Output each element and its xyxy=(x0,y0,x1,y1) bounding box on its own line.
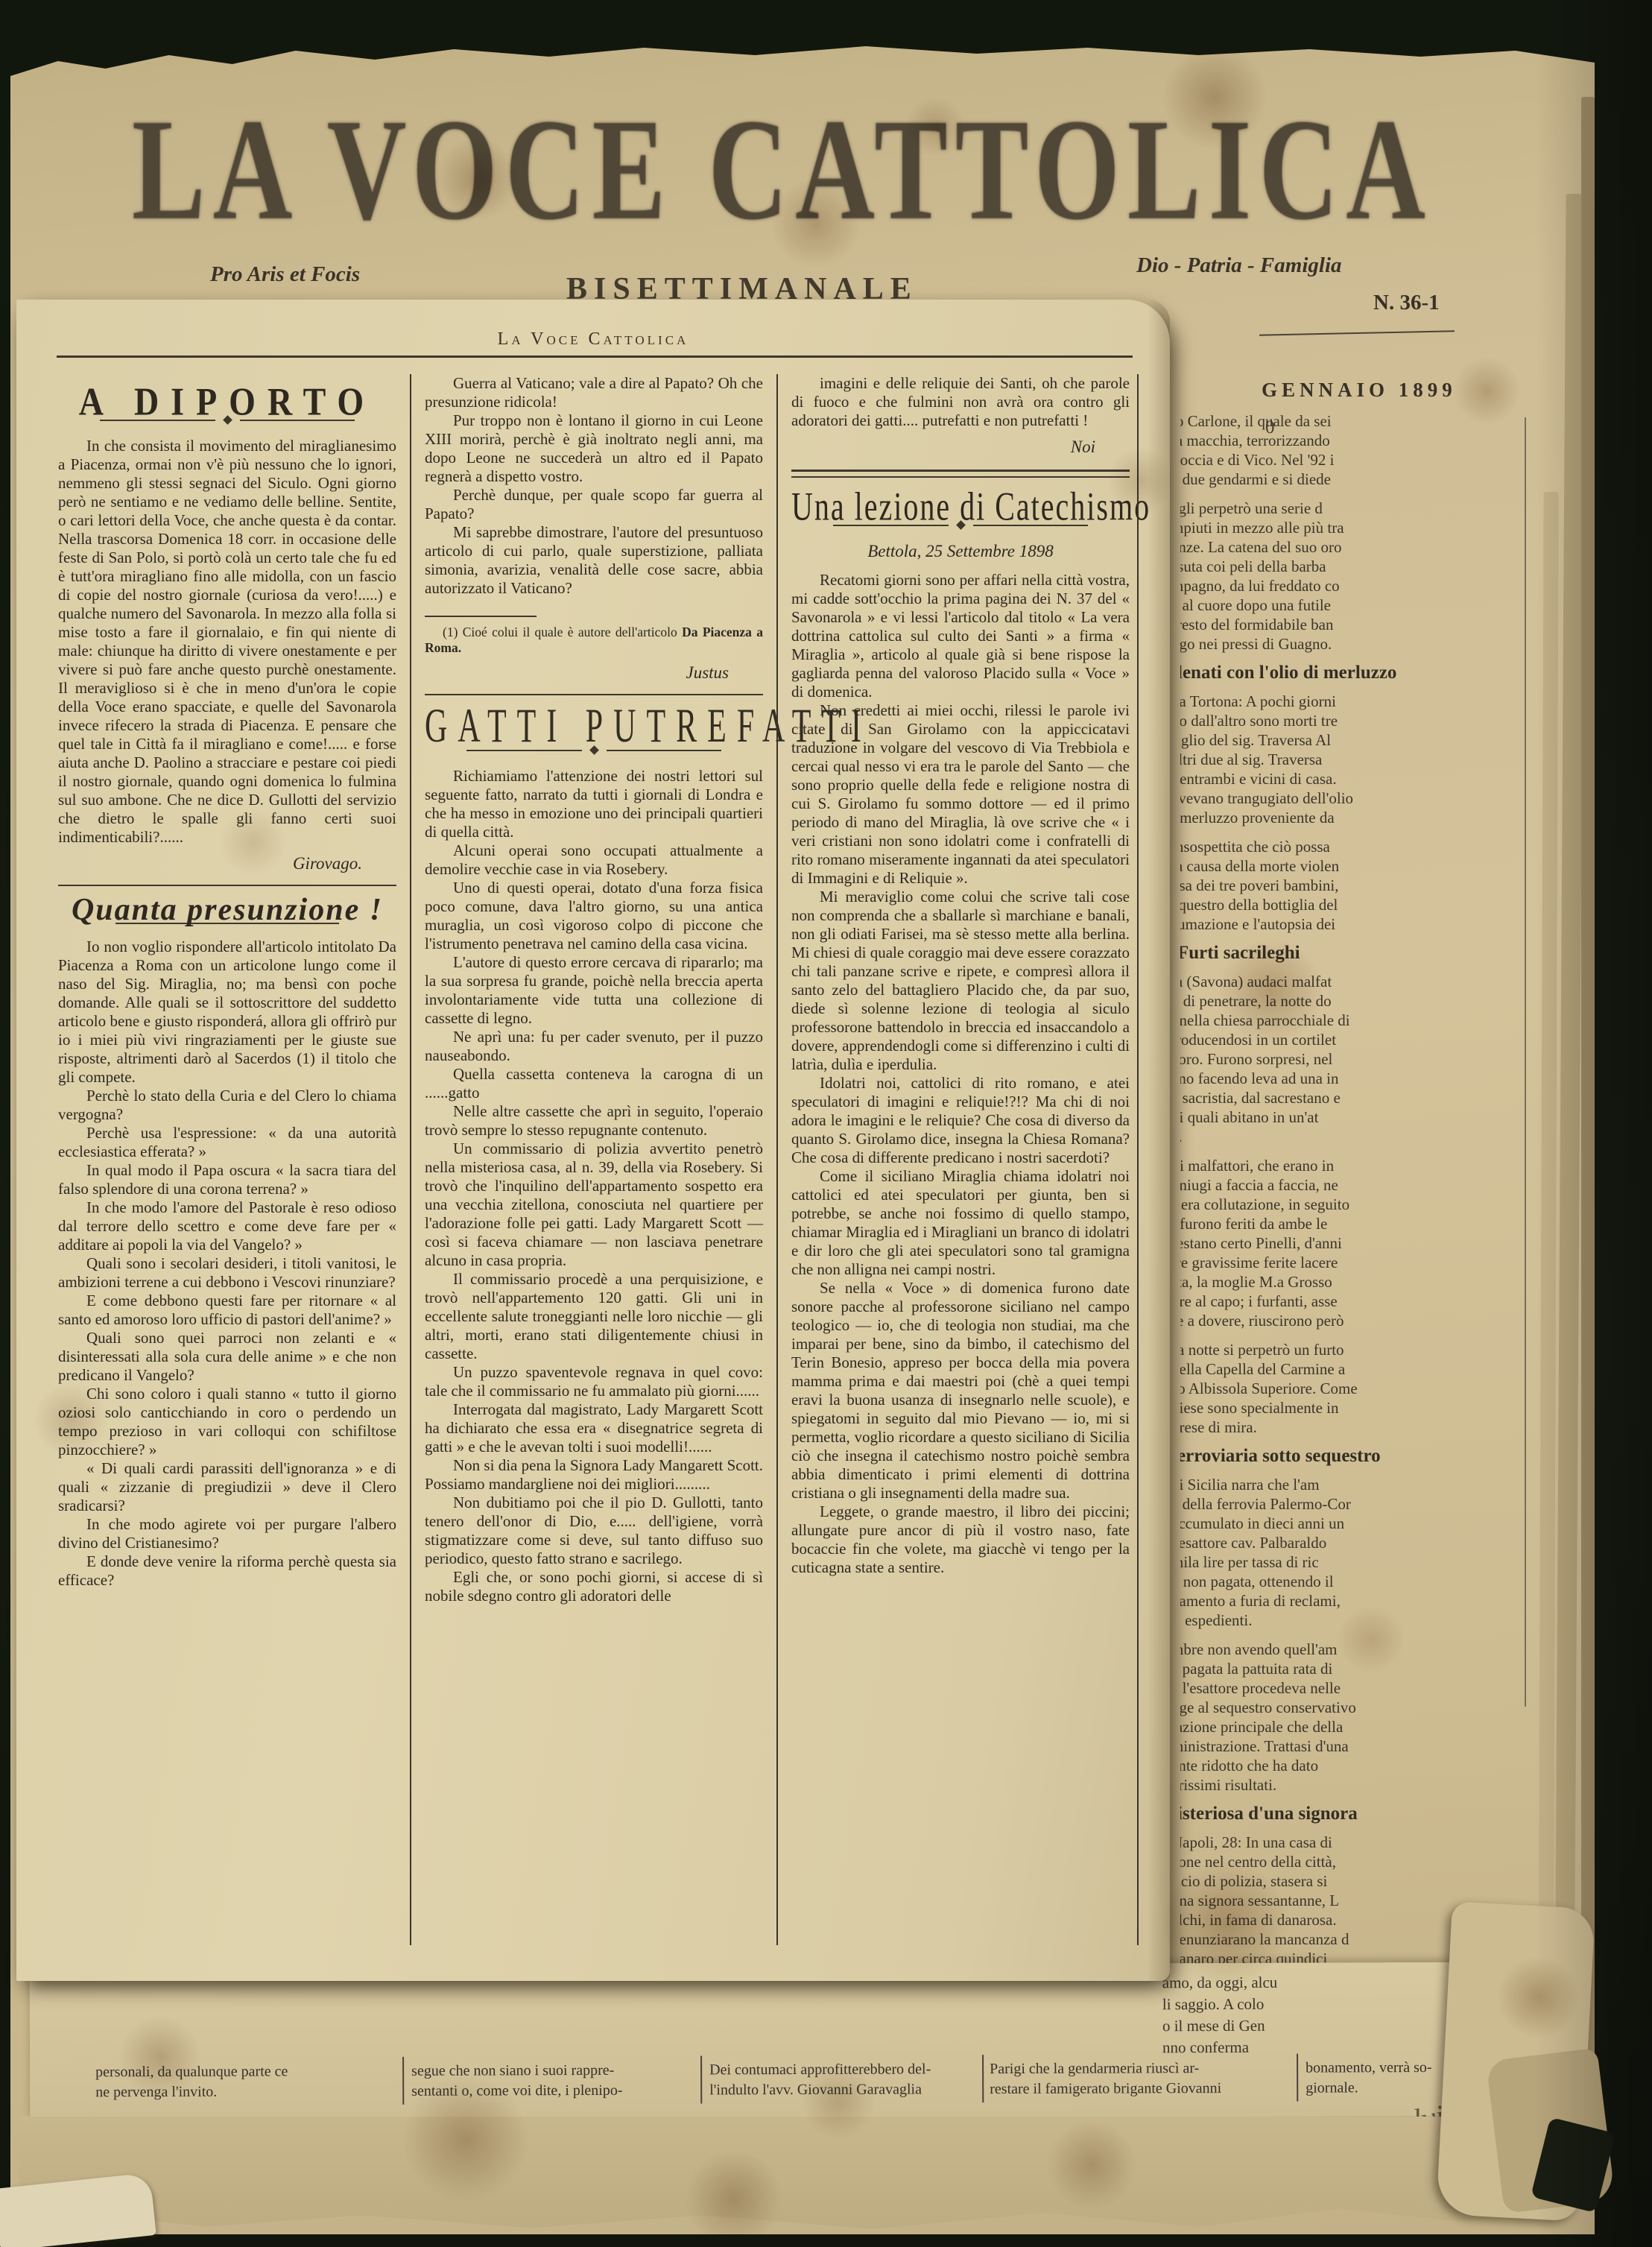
paragraph: Se nella « Voce » di domenica furono dat… xyxy=(791,1279,1130,1502)
paragraph: In che modo l'amore del Pastorale è reso… xyxy=(58,1198,396,1254)
lower-sheet-cell: Parigi che la gendarmeria riuscì ar- res… xyxy=(990,2058,1221,2099)
paragraph: Il commissario procedè a una perquisizio… xyxy=(425,1270,763,1363)
paragraph: Chi sono coloro i quali stanno « tutto i… xyxy=(58,1385,396,1459)
paragraph: Perchè usa l'espressione: « da una autor… xyxy=(58,1124,396,1161)
lower-sheet-cell: personali, da qualunque parte ce ne perv… xyxy=(95,2061,288,2102)
article-divider-rule xyxy=(425,694,763,695)
lower-sheet-cell: bonamento, verrà so- giornale. xyxy=(1306,2058,1432,2099)
paragraph: E come debbono questi fare per ritornare… xyxy=(58,1292,396,1329)
column-2: Guerra al Vaticano; vale a dire al Papat… xyxy=(425,374,763,1605)
cell-divider xyxy=(700,2055,702,2103)
paragraph: Un commissario di polizia avvertito pene… xyxy=(425,1140,763,1270)
paragraph: Come il siciliano Miraglia chiama idolat… xyxy=(791,1167,1130,1279)
under-page-column-rule xyxy=(1525,417,1526,1707)
paragraph: E donde deve venire la riforma perchè qu… xyxy=(58,1552,396,1590)
dateline: Bettola, 25 Settembre 1898 xyxy=(791,542,1130,560)
footnote: (1) Cioé colui il quale è autore dell'ar… xyxy=(425,625,763,656)
under-page-column: to Carlone, il quale da sei la macchia, … xyxy=(1180,411,1560,2087)
issue-date: GENNAIO 1899 xyxy=(1262,379,1457,402)
under-page-fragment: i i malfattori, che erano in oniugi a fa… xyxy=(1180,1156,1560,1330)
under-page-heading: Furti sacrileghi xyxy=(1180,944,1560,963)
footnote-text: (1) Cioé colui il quale è autore dell'ar… xyxy=(443,625,682,639)
paragraph: Recatomi giorni sono per affari nella ci… xyxy=(791,571,1130,701)
paragraph: Non si dia pena la Signora Lady Mangaret… xyxy=(425,1456,763,1494)
article-signature: Girovago. xyxy=(58,854,396,873)
paragraph: Richiamiamo l'attenzione dei nostri lett… xyxy=(425,767,763,841)
paragraph: L'autore di questo errore cercava di rip… xyxy=(425,953,763,1028)
article-title-a-diporto: A DIPORTO xyxy=(58,391,396,412)
paragraph: Un puzzo spaventevole regnava in quel co… xyxy=(425,1363,763,1400)
paragraph: imagini e delle reliquie dei Santi, oh c… xyxy=(791,374,1130,430)
paragraph: Perchè dunque, per quale scopo far guerr… xyxy=(425,486,763,523)
column-1: A DIPORTO In che consista il movimento d… xyxy=(58,374,396,1605)
paragraph: Idolatri noi, cattolici di rito romano, … xyxy=(791,1074,1130,1167)
under-page-fragment: egli perpetrò una serie d mpiuti in mezz… xyxy=(1180,499,1560,654)
paragraph: Io non voglio rispondere all'articolo in… xyxy=(58,938,396,1087)
article-signature: Justus xyxy=(425,663,763,682)
article-title-gatti-putrefatti: GATTI PUTREFATTI xyxy=(425,712,763,742)
under-page-fragment: la (Savona) audaci malfat o di penetrare… xyxy=(1180,972,1560,1146)
front-page: La Voce Cattolica A DIPORTO In che consi… xyxy=(16,300,1170,1981)
under-page-heading: lenati con l'olio di merluzzo xyxy=(1180,663,1560,683)
paragraph: Mi meraviglio come colui che scrive tali… xyxy=(791,888,1130,1074)
paragraph: Leggete, o grande maestro, il libro dei … xyxy=(791,1502,1130,1577)
paragraph: « Di quali cardi parassiti dell'ignoranz… xyxy=(58,1459,396,1515)
paragraph: Alcuni operai sono occupati attualmente … xyxy=(425,841,763,879)
paragraph: In qual modo il Papa oscura « la sacra t… xyxy=(58,1161,396,1198)
issue-number: N. 36-1 xyxy=(1373,291,1440,315)
paragraph: Interrogata dal magistrato, Lady Margare… xyxy=(425,1400,763,1456)
under-page-fragment: mbre non avendo quell'am e pagata la pat… xyxy=(1180,1640,1560,1795)
paragraph: Mi saprebbe dimostrare, l'autore del pre… xyxy=(425,523,763,598)
lower-sheet-cell: Dei contumaci approfitterebbero del- l'i… xyxy=(709,2059,931,2100)
paragraph: In che modo agirete voi per purgare l'al… xyxy=(58,1515,396,1552)
column-3: imagini e delle reliquie dei Santi, oh c… xyxy=(791,374,1130,1605)
lower-sheet-fragment: amo, da oggi, alcu li saggio. A colo o i… xyxy=(1162,1972,1278,2059)
masthead-motto-left: Pro Aris et Focis xyxy=(210,262,360,287)
paragraph: Uno di questi operai, dotato d'una forza… xyxy=(425,879,763,953)
article-divider-rule xyxy=(58,885,396,886)
under-page-fragment: da Tortona: A pochi giorni no dall'altro… xyxy=(1180,692,1560,827)
column-rule xyxy=(776,374,778,1945)
under-page-fragment: to Carlone, il quale da sei la macchia, … xyxy=(1180,411,1560,489)
article-title-quanta-presunzione: Quanta presunzione ! xyxy=(58,901,396,920)
lower-sheet-strip: amo, da oggi, alcu li saggio. A colo o i… xyxy=(30,1962,1569,2120)
scanned-newspaper-page: LA VOCE CATTOLICA Pro Aris et Focis BISE… xyxy=(0,0,1652,2247)
cell-divider xyxy=(982,2055,984,2102)
paragraph: Quali sono quei parroci non zelanti e « … xyxy=(58,1329,396,1385)
paragraph: Quali sono i secolari desideri, i titoli… xyxy=(58,1254,396,1292)
paragraph: Pur troppo non è lontano il giorno in cu… xyxy=(425,411,763,486)
cell-divider xyxy=(1297,2054,1298,2102)
paragraph: Nelle altre cassette che aprì in seguito… xyxy=(425,1102,763,1140)
masthead-motto-right: Dio - Patria - Famiglia xyxy=(1136,253,1342,278)
under-page-heading: erroviaria sotto sequestro xyxy=(1180,1447,1560,1466)
paragraph: Egli che, or sono pochi giorni, si acces… xyxy=(425,1568,763,1605)
double-rule xyxy=(791,470,1130,478)
paragraph: Guerra al Vaticano; vale a dire al Papat… xyxy=(425,374,763,411)
under-page-heading: isteriosa d'una signora xyxy=(1180,1804,1560,1824)
article-signature: Noi xyxy=(791,437,1130,456)
paragraph: Ne aprì una: fu per cader svenuto, per i… xyxy=(425,1028,763,1065)
under-page-fragment: di Sicilia narra che l'am e della ferrov… xyxy=(1180,1475,1560,1630)
paragraph: Non dubitiamo poi che il pio D. Gullotti… xyxy=(425,1494,763,1568)
newspaper-title: LA VOCE CATTOLICA xyxy=(75,86,1490,253)
lower-sheet-cell: segue che non siano i suoi rappre- senta… xyxy=(411,2061,622,2102)
article-title-una-lezione-di-catechismo: Una lezione di Catechismo xyxy=(791,494,1130,519)
under-page-fragment: sa notte si perpetrò un furto nella Cape… xyxy=(1180,1340,1560,1437)
column-rule xyxy=(410,374,411,1945)
column-rule xyxy=(1137,374,1139,1945)
paragraph: In che consista il movimento del miragli… xyxy=(58,437,396,847)
paragraph: Perchè lo stato della Curia e del Clero … xyxy=(58,1087,396,1124)
footnote-separator xyxy=(425,616,537,617)
paragraph: Quella cassetta conteneva la carogna di … xyxy=(425,1065,763,1102)
cell-divider xyxy=(402,2057,404,2105)
book-fore-edge xyxy=(1581,97,1595,2109)
under-page-fragment: insospettita che ciò possa la causa dell… xyxy=(1180,837,1560,934)
running-head: La Voce Cattolica xyxy=(16,300,1170,350)
